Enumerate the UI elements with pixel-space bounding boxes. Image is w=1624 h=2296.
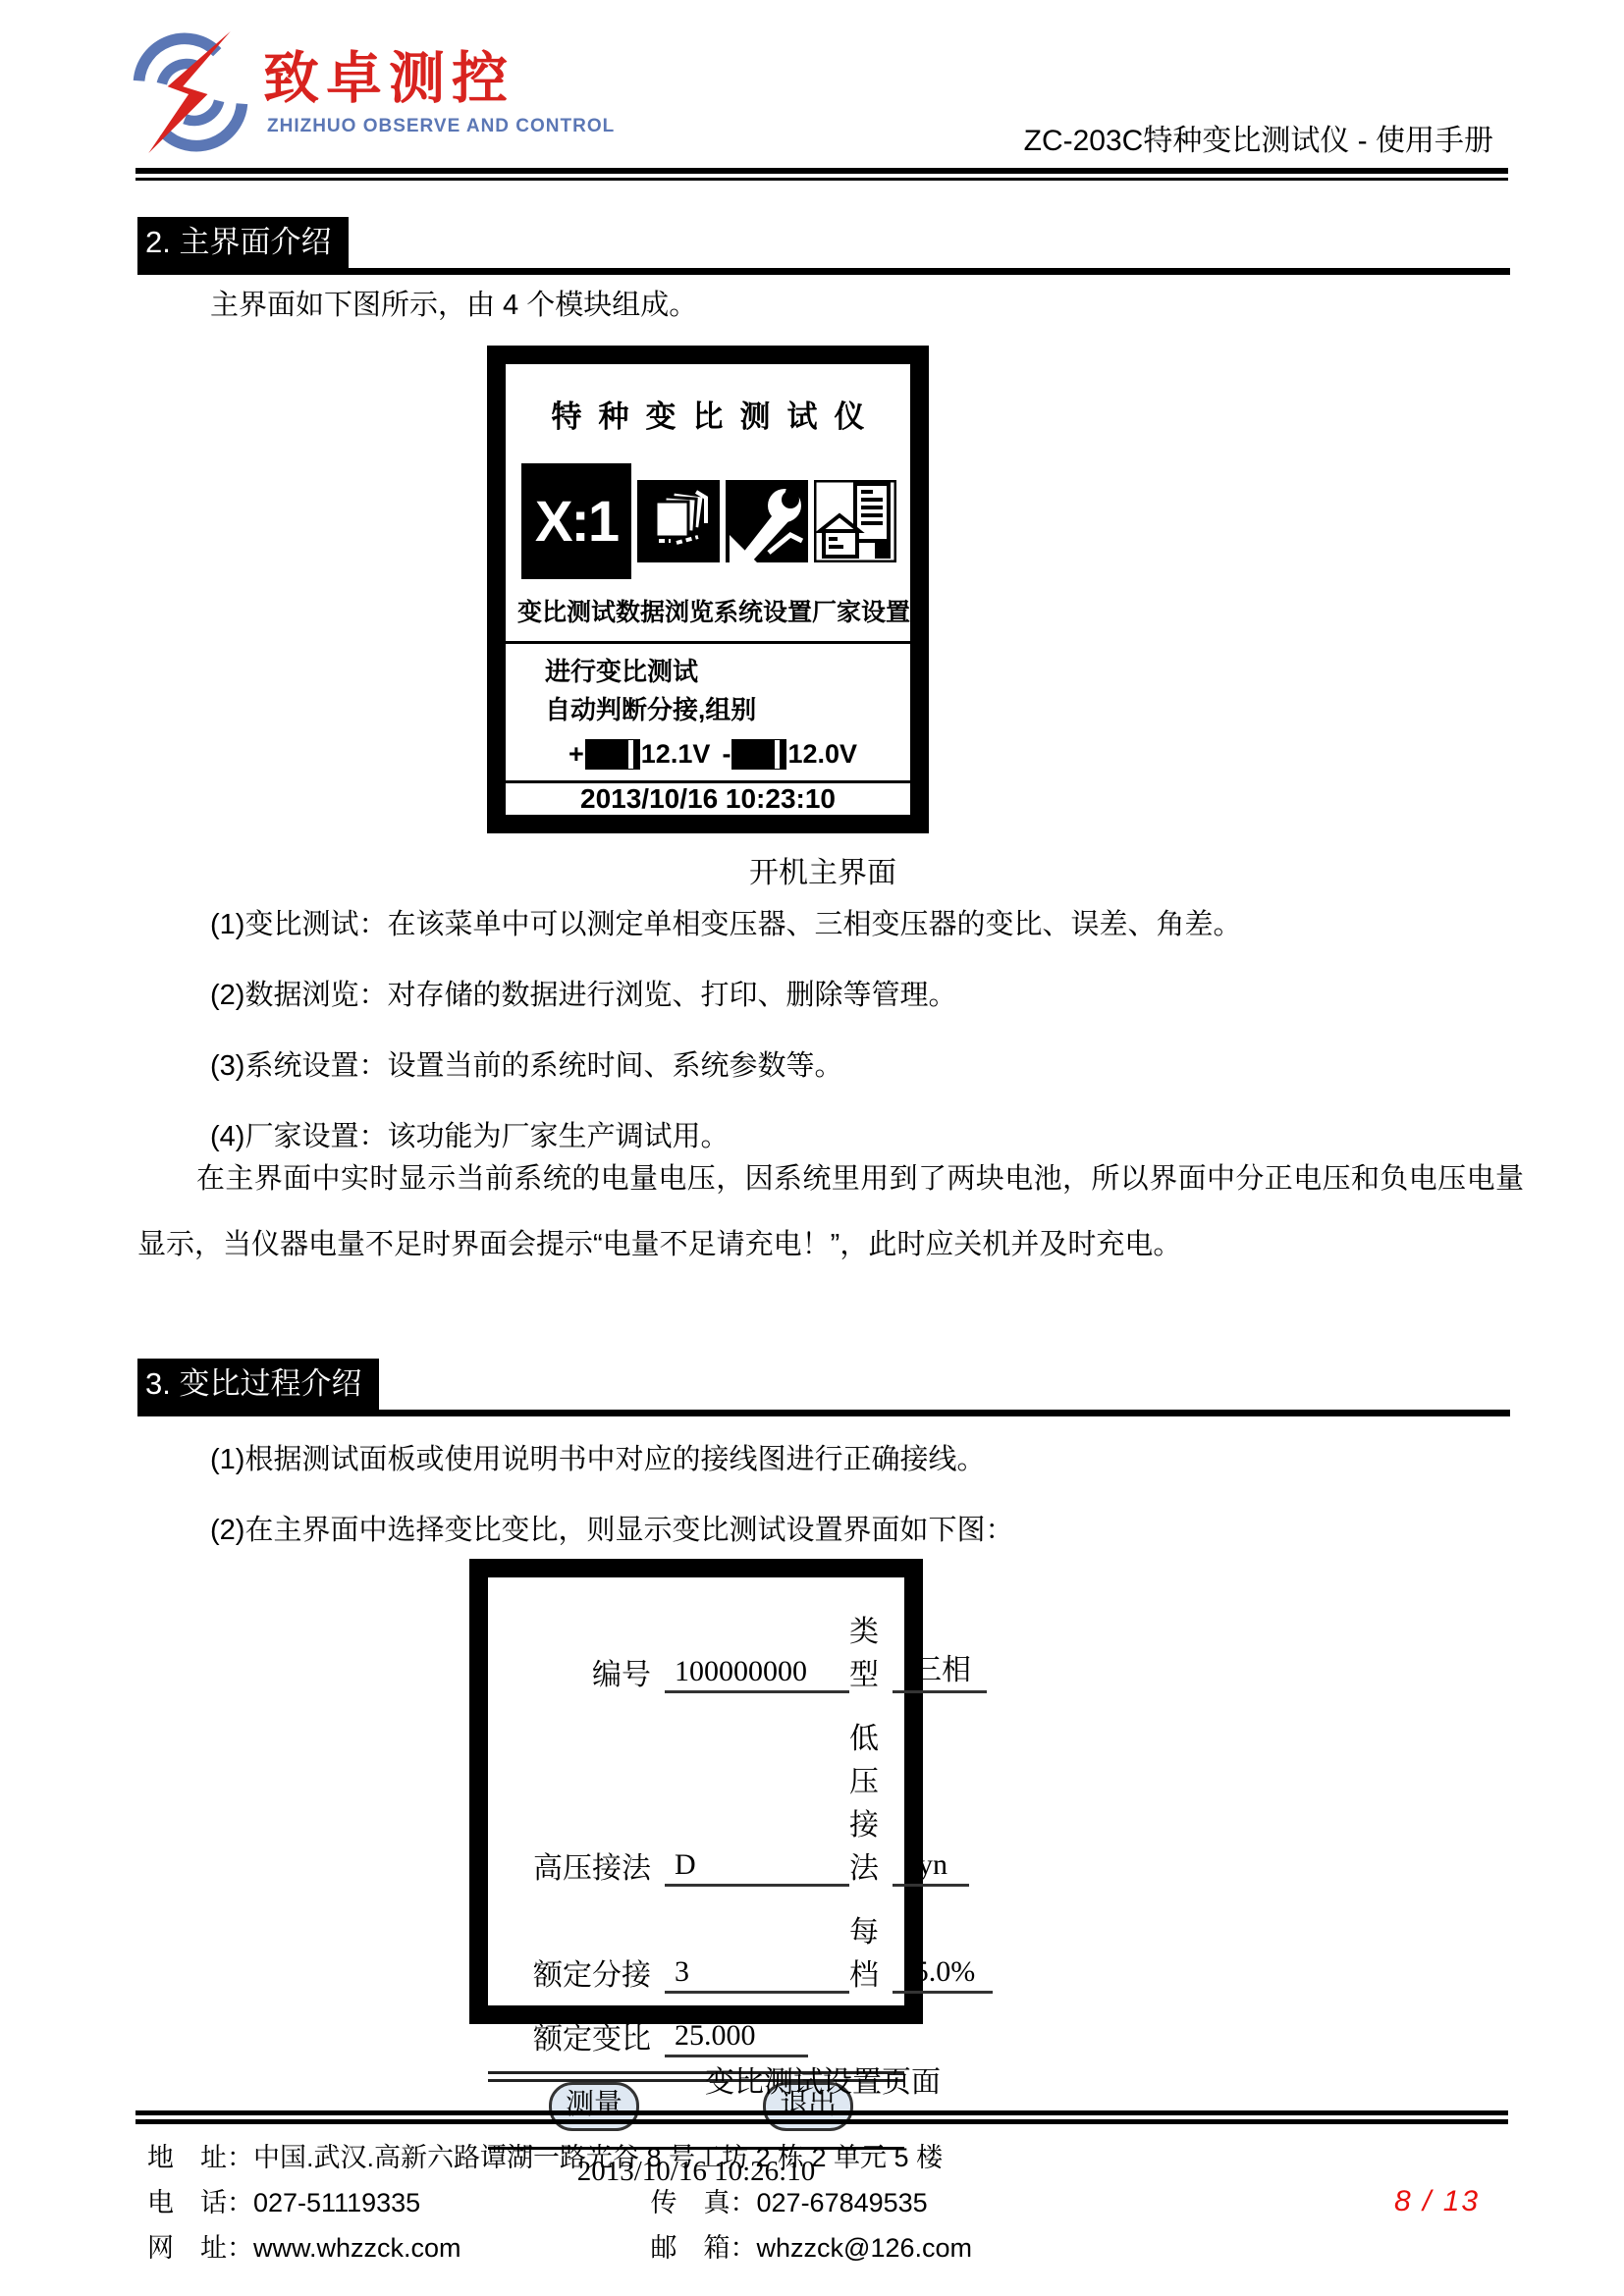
address-value: 中国.武汉.高新六路谭湖一路光谷 8 号工坊 2 栋 2 单元 5 楼: [253, 2143, 943, 2172]
field-row-ratio: 额定变比 25.000: [504, 2014, 891, 2057]
section2-item1: (1)变比测试：在该菜单中可以测定单相变压器、三相变压器的变比、误差、角差。: [210, 907, 1241, 942]
section3-item2: (2)在主界面中选择变比变比，则显示变比测试设置界面如下图：: [210, 1513, 1013, 1548]
hv-connection-value: D: [665, 1848, 849, 1887]
per-step-value: 5.0%: [893, 1955, 993, 1994]
website-value: www.whzzck.com: [253, 2233, 461, 2263]
section2-heading: 2. 主界面介绍: [137, 217, 349, 269]
screen1-desc-line2: 自动判断分接,组别: [545, 691, 910, 729]
document-title: ZC-203C特种变比测试仪 - 使用手册: [295, 124, 1493, 159]
email-value: whzzck@126.com: [757, 2233, 972, 2263]
manual-page: 致卓测控 ZHIZHUO OBSERVE AND CONTROL ZC-203C…: [0, 0, 1624, 2296]
type-field-value: 三相: [893, 1645, 987, 1693]
menu-item-data-browse: 数据浏览: [616, 593, 714, 628]
phone-value: 027-51119335: [253, 2188, 420, 2217]
email-item: 邮 箱：whzzck@126.com: [651, 2233, 972, 2263]
section3-item1: (1)根据测试面板或使用说明书中对应的接线图进行正确接线。: [210, 1442, 985, 1477]
screen1-battery-row: + 12.1V - 12.0V: [568, 739, 857, 770]
website-label: 网 址：: [147, 2233, 253, 2263]
section3-heading: 3. 变比过程介绍: [137, 1359, 379, 1411]
screen1-datetime: 2013/10/16 10:23:10: [506, 783, 910, 815]
negative-battery-indicator: - 12.0V: [722, 739, 857, 770]
positive-voltage: 12.1V: [641, 739, 711, 770]
phone-item: 电 话：027-51119335: [147, 2181, 643, 2219]
header-divider: [135, 168, 1508, 181]
serial-field-value: 100000000: [665, 1655, 849, 1693]
system-settings-icon: [726, 480, 808, 562]
section2-item2: (2)数据浏览：对存储的数据进行浏览、打印、删除等管理。: [210, 978, 956, 1013]
menu-item-ratio-test: 变比测试: [517, 593, 616, 628]
rated-ratio-label: 额定变比: [504, 2014, 665, 2057]
company-logo-icon: [124, 27, 257, 157]
page-number: 8 / 13: [1394, 2185, 1480, 2218]
negative-sign: -: [722, 739, 731, 770]
per-step-label: 每档: [849, 1907, 893, 1994]
footer-phone-fax-row: 电 话：027-51119335 传 真：027-67849535: [147, 2181, 928, 2219]
device-screen-main-inner: 特种变比测试仪 X:1: [503, 361, 913, 818]
section2-item3: (3)系统设置：设置当前的系统时间、系统参数等。: [210, 1048, 842, 1084]
screen1-desc-line1: 进行变比测试: [545, 653, 910, 691]
screen1-caption: 开机主界面: [135, 848, 1510, 891]
rated-tap-label: 额定分接: [504, 1950, 665, 1994]
menu-item-factory-settings: 厂家设置: [812, 593, 910, 628]
rated-tap-value: 3: [665, 1955, 849, 1994]
fax-item: 传 真：027-67849535: [651, 2188, 928, 2217]
positive-sign: +: [568, 739, 584, 770]
ratio-test-icon: X:1: [521, 463, 631, 579]
screen1-menu-row: 变比测试 数据浏览 系统设置 厂家设置: [517, 593, 900, 628]
screen1-title: 特种变比测试仪: [506, 392, 910, 436]
screen2-fields: 编号 100000000 类型 三相 高压接法 D 低压接法 yn 额定分接 3…: [488, 1577, 904, 2069]
field-row-hv-lv: 高压接法 D 低压接法 yn: [504, 1714, 891, 1887]
factory-settings-icon: [814, 480, 896, 562]
menu-item-system-settings: 系统设置: [714, 593, 812, 628]
device-screen-setup-inner: 编号 100000000 类型 三相 高压接法 D 低压接法 yn 额定分接 3…: [485, 1575, 907, 2008]
fax-label: 传 真：: [651, 2188, 757, 2217]
lv-connection-value: yn: [893, 1848, 969, 1887]
section2-paragraph: 在主界面中实时显示当前系统的电量电压，因系统里用到了两块电池，所以界面中分正电压…: [137, 1147, 1524, 1278]
field-row-tap-step: 额定分接 3 每档 5.0%: [504, 1907, 891, 1994]
address-label: 地 址：: [147, 2143, 253, 2172]
screen1-description: 进行变比测试 自动判断分接,组别: [545, 653, 910, 729]
phone-label: 电 话：: [147, 2188, 253, 2217]
footer-divider: [135, 2110, 1508, 2124]
rated-ratio-value: 25.000: [665, 2019, 808, 2057]
battery-icon: [731, 739, 786, 770]
negative-voltage: 12.0V: [787, 739, 857, 770]
battery-icon: [585, 739, 640, 770]
screen1-icon-row: X:1: [521, 461, 896, 581]
field-row-serial-type: 编号 100000000 类型 三相: [504, 1607, 891, 1693]
section2-intro-text: 主界面如下图所示，由 4 个模块组成。: [210, 288, 697, 323]
lv-connection-label: 低压接法: [849, 1714, 893, 1887]
email-label: 邮 箱：: [651, 2233, 757, 2263]
device-screen-main: 特种变比测试仪 X:1: [487, 346, 929, 833]
positive-battery-indicator: + 12.1V: [568, 739, 710, 770]
screen2-caption: 变比测试设置页面: [135, 2057, 1510, 2101]
section2-heading-rule: [137, 268, 1510, 275]
serial-field-label: 编号: [504, 1650, 665, 1693]
fax-value: 027-67849535: [757, 2188, 928, 2217]
company-name-cn: 致卓测控: [263, 51, 514, 107]
section3-heading-rule: [137, 1410, 1510, 1416]
screen1-divider-top: [506, 641, 910, 644]
device-screen-setup: 编号 100000000 类型 三相 高压接法 D 低压接法 yn 额定分接 3…: [469, 1559, 923, 2024]
website-item: 网 址：www.whzzck.com: [147, 2226, 643, 2265]
footer-address-row: 地 址：中国.武汉.高新六路谭湖一路光谷 8 号工坊 2 栋 2 单元 5 楼: [147, 2136, 943, 2174]
hv-connection-label: 高压接法: [504, 1843, 665, 1887]
footer-web-email-row: 网 址：www.whzzck.com 邮 箱：whzzck@126.com: [147, 2226, 972, 2265]
data-browse-icon: [637, 480, 720, 562]
type-field-label: 类型: [849, 1607, 893, 1693]
